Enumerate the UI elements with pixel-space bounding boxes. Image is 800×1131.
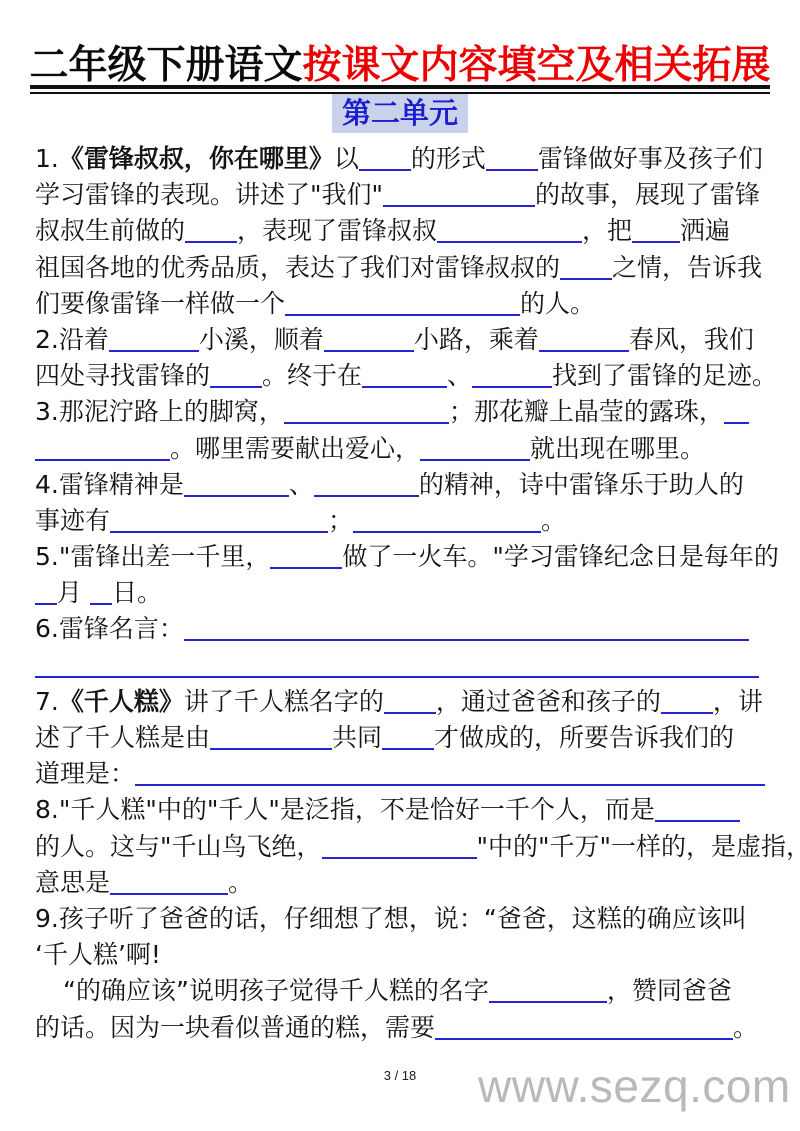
fill-in-blank: [285, 289, 520, 316]
text-segment: ，通过爸爸和孩子的: [436, 687, 661, 716]
text-line: 学习雷锋的表现。讲述了"我们"的故事，展现了雷锋: [35, 177, 767, 213]
text-segment: 才做成的，所要告诉我们的: [434, 723, 734, 752]
text-segment: 述了千人糕是由: [35, 723, 210, 752]
text-line: “的确应该”说明孩子觉得千人糕的名字，赞同爸爸: [35, 973, 767, 1009]
text-line: 月 日。: [35, 575, 767, 611]
text-segment: "中的"千万"一样的，是虚指，: [477, 832, 800, 861]
text-segment: 、: [289, 470, 314, 499]
fill-in-blank: [489, 976, 607, 1003]
text-segment: 雷锋做好事及孩子们: [538, 144, 763, 173]
book-title: 《千人糕》: [59, 687, 184, 716]
text-segment: ，把: [582, 216, 632, 245]
text-segment: 小路，乘着: [414, 325, 539, 354]
text-segment: 月: [57, 578, 90, 607]
text-segment: 找到了雷锋的足迹。: [552, 361, 777, 390]
text-line: 的话。因为一块看似普通的糕，需要。: [35, 1010, 767, 1046]
text-segment: 小溪，顺着: [199, 325, 324, 354]
text-segment: 的话。因为一块看似普通的糕，需要: [35, 1013, 435, 1042]
fill-in-blank: [383, 180, 535, 207]
book-title: 《雷锋叔叔，你在哪里》: [59, 144, 334, 173]
text-line: [35, 648, 767, 684]
document-lines: 1.《雷锋叔叔，你在哪里》以的形式雷锋做好事及孩子们学习雷锋的表现。讲述了"我们…: [35, 141, 767, 1046]
text-line: 意思是。: [35, 865, 767, 901]
text-line: 祖国各地的优秀品质，表达了我们对雷锋叔叔的之情，告诉我: [35, 250, 767, 286]
fill-in-blank: [362, 361, 447, 388]
text-line: 们要像雷锋一样做一个的人。: [35, 286, 767, 322]
title-double-rule: [30, 85, 770, 94]
text-segment: 1.: [35, 144, 59, 173]
text-segment: 共同: [332, 723, 382, 752]
text-segment: 。哪里需要献出爱心，: [170, 434, 420, 463]
fill-in-blank: [539, 325, 629, 352]
worksheet-page: 二年级下册语文按课文内容填空及相关拓展 第二单元 1.《雷锋叔叔，你在哪里》以的…: [0, 0, 800, 1131]
text-line: 。哪里需要献出爱心，就出现在哪里。: [35, 431, 767, 467]
fill-in-blank: [486, 144, 538, 171]
text-segment: 的故事，展现了雷锋: [535, 180, 760, 209]
text-line: 7.《千人糕》讲了千人糕名字的，通过爸爸和孩子的，讲: [35, 684, 767, 720]
text-segment: ；那花瓣上晶莹的露珠，: [449, 397, 724, 426]
text-segment: 、: [447, 361, 472, 390]
text-segment: 道理是：: [35, 759, 135, 788]
text-line: 9.孩子听了爸爸的话，仔细想了想，说：“爸爸，这糕的确应该叫: [35, 901, 767, 937]
text-segment: 2.沿着: [35, 325, 109, 354]
text-segment: 日。: [112, 578, 162, 607]
text-segment: 7.: [35, 687, 59, 716]
section-title: 第二单元: [332, 94, 468, 133]
text-segment: 。: [228, 868, 253, 897]
text-segment: 。终于在: [262, 361, 362, 390]
fill-in-blank: [210, 361, 262, 388]
fill-in-blank: [359, 144, 411, 171]
text-segment: 意思是: [35, 868, 110, 897]
text-line: 6.雷锋名言：: [35, 611, 767, 647]
text-line: 四处寻找雷锋的。终于在、找到了雷锋的足迹。: [35, 358, 767, 394]
fill-in-blank: [35, 651, 759, 678]
text-segment: 事迹有: [35, 506, 110, 535]
fill-in-blank: [35, 434, 170, 461]
text-line: ‘千人糕’啊!: [35, 937, 767, 973]
text-segment: 祖国各地的优秀品质，表达了我们对雷锋叔叔的: [35, 253, 560, 282]
text-segment: 8."千人糕"中的"千人"是泛指，不是恰好一千个人，而是: [35, 795, 655, 824]
text-segment: ，赞同爸爸: [607, 976, 732, 1005]
text-segment: ，表现了雷锋叔叔: [237, 216, 437, 245]
fill-in-blank: [382, 723, 434, 750]
text-line: 5."雷锋出差一千里，做了一火车。"学习雷锋纪念日是每年的: [35, 539, 767, 575]
text-line: 4.雷锋精神是、的精神，诗中雷锋乐于助人的: [35, 467, 767, 503]
fill-in-blank: [661, 687, 713, 714]
fill-in-blank: [110, 506, 328, 533]
fill-in-blank: [284, 397, 449, 424]
text-segment: 讲了千人糕名字的: [184, 687, 384, 716]
fill-in-blank: [184, 614, 749, 641]
fill-in-blank: [420, 434, 530, 461]
fill-in-blank: [324, 325, 414, 352]
text-line: 道理是：: [35, 756, 767, 792]
fill-in-blank: [322, 832, 477, 859]
fill-in-blank: [353, 506, 541, 533]
fill-in-blank: [560, 253, 612, 280]
text-segment: 之情，告诉我: [612, 253, 762, 282]
fill-in-blank: [270, 542, 342, 569]
text-line: 述了千人糕是由共同才做成的，所要告诉我们的: [35, 720, 767, 756]
text-segment: 四处寻找雷锋的: [35, 361, 210, 390]
text-segment: 的人。这与"千山鸟飞绝，: [35, 832, 322, 861]
fill-in-blank: [210, 723, 332, 750]
text-segment: 的人。: [520, 289, 595, 318]
fill-in-blank: [724, 397, 749, 424]
fill-in-blank: [35, 578, 57, 605]
text-segment: 做了一火车。"学习雷锋纪念日是每年的: [342, 542, 779, 571]
fill-in-blank: [632, 216, 680, 243]
title-grade-part: 二年级下册语文: [29, 43, 302, 88]
title-topic-part: 按课文内容填空及相关拓展: [303, 43, 771, 88]
text-segment: 4.雷锋精神是: [35, 470, 184, 499]
fill-in-blank: [435, 1013, 733, 1040]
fill-in-blank: [90, 578, 112, 605]
text-line: 8."千人糕"中的"千人"是泛指，不是恰好一千个人，而是: [35, 792, 767, 828]
fill-in-blank: [655, 795, 740, 822]
text-segment: ；: [328, 506, 353, 535]
text-segment: 以: [334, 144, 359, 173]
fill-in-blank: [110, 868, 228, 895]
fill-in-blank: [314, 470, 419, 497]
text-line: 事迹有；。: [35, 503, 767, 539]
text-line: 2.沿着小溪，顺着小路，乘着春风，我们: [35, 322, 767, 358]
text-line: 叔叔生前做的，表现了雷锋叔叔，把洒遍: [35, 213, 767, 249]
text-segment: 。: [541, 506, 566, 535]
text-segment: 叔叔生前做的: [35, 216, 185, 245]
text-segment: 6.雷锋名言：: [35, 614, 184, 643]
section-row: 第二单元: [0, 94, 800, 133]
text-segment: 就出现在哪里。: [530, 434, 705, 463]
fill-in-blank: [384, 687, 436, 714]
text-segment: ‘千人糕’啊!: [35, 940, 161, 969]
fill-in-blank: [109, 325, 199, 352]
text-segment: 9.孩子听了爸爸的话，仔细想了想，说：“爸爸，这糕的确应该叫: [35, 904, 747, 933]
text-segment: 春风，我们: [629, 325, 754, 354]
watermark-text: www.sezq.com: [478, 1059, 791, 1113]
page-title: 二年级下册语文按课文内容填空及相关拓展: [0, 34, 800, 90]
text-segment: 的精神，诗中雷锋乐于助人的: [419, 470, 744, 499]
fill-in-blank: [185, 216, 237, 243]
text-segment: 们要像雷锋一样做一个: [35, 289, 285, 318]
text-segment: ，讲: [713, 687, 763, 716]
fill-in-blank: [184, 470, 289, 497]
text-segment: 。: [733, 1013, 758, 1042]
text-line: 1.《雷锋叔叔，你在哪里》以的形式雷锋做好事及孩子们: [35, 141, 767, 177]
text-line: 3.那泥泞路上的脚窝，；那花瓣上晶莹的露珠，: [35, 394, 767, 430]
text-segment: 洒遍: [680, 216, 730, 245]
text-line: 的人。这与"千山鸟飞绝，"中的"千万"一样的，是虚指，: [35, 829, 767, 865]
text-segment: “的确应该”说明孩子觉得千人糕的名字: [63, 976, 489, 1005]
text-segment: 学习雷锋的表现。讲述了"我们": [35, 180, 383, 209]
fill-in-blank: [437, 216, 582, 243]
text-segment: 的形式: [411, 144, 486, 173]
fill-in-blank: [135, 759, 765, 786]
text-segment: 5."雷锋出差一千里，: [35, 542, 270, 571]
text-segment: 3.那泥泞路上的脚窝，: [35, 397, 284, 426]
fill-in-blank: [472, 361, 552, 388]
